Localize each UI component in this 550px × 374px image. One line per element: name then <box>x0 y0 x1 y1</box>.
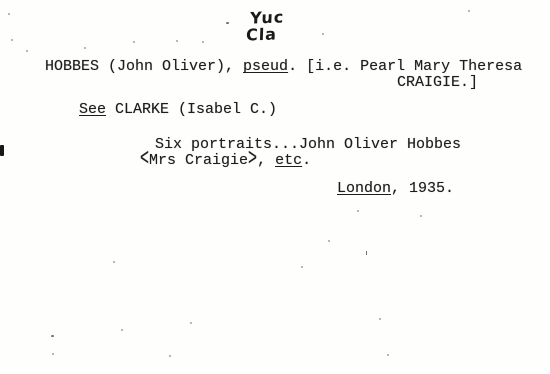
noise-speck <box>328 240 330 242</box>
noise-speck <box>51 335 54 337</box>
open-angle-bracket: < <box>140 146 149 173</box>
noise-speck <box>379 318 381 320</box>
noise-speck <box>169 355 171 357</box>
noise-speck <box>52 353 54 355</box>
heading-pseud: pseud <box>243 58 288 75</box>
noise-speck <box>113 261 115 263</box>
noise-speck <box>387 354 389 356</box>
close-angle-bracket: > <box>248 146 257 173</box>
title-separator: , <box>257 152 275 169</box>
noise-speck <box>420 215 422 217</box>
see-reference-line: See CLARKE (Isabel C.) <box>79 101 277 118</box>
heading-line: HOBBES (John Oliver), pseud. [i.e. Pearl… <box>45 58 522 75</box>
imprint-place: London <box>337 180 391 197</box>
noise-speck <box>301 266 303 268</box>
title-line1: Six portraits...John Oliver Hobbes <box>155 136 461 153</box>
heading-post: . [i.e. Pearl Mary Theresa <box>288 58 522 75</box>
noise-speck <box>26 50 28 52</box>
heading-pre: HOBBES (John Oliver), <box>45 58 243 75</box>
noise-speck <box>133 41 135 43</box>
noise-speck <box>176 40 178 42</box>
see-word: See <box>79 101 106 118</box>
noise-speck <box>11 39 13 41</box>
title-etc: etc <box>275 152 302 169</box>
title-name: Mrs Craigie <box>149 152 248 169</box>
noise-speck <box>468 10 470 12</box>
imprint-rest: , 1935. <box>391 180 454 197</box>
noise-speck <box>357 210 359 212</box>
noise-speck <box>226 22 229 24</box>
noise-speck <box>8 13 10 15</box>
title-line2: <Mrs Craigie>, etc. <box>140 152 311 169</box>
noise-speck <box>121 329 123 331</box>
heading-carryover: CRAIGIE.] <box>397 74 478 91</box>
noise-speck <box>366 251 367 255</box>
catalog-card: Yuc Cla HOBBES (John Oliver), pseud. [i.… <box>0 0 550 374</box>
imprint-line: London, 1935. <box>337 180 454 197</box>
title-period: . <box>302 152 311 169</box>
ink-mark <box>0 145 4 156</box>
classmark-handwritten-line2: Cla <box>246 26 278 43</box>
noise-speck <box>84 47 86 49</box>
see-rest: CLARKE (Isabel C.) <box>106 101 277 118</box>
noise-speck <box>202 41 204 43</box>
noise-speck <box>190 322 192 324</box>
noise-speck <box>322 33 324 35</box>
